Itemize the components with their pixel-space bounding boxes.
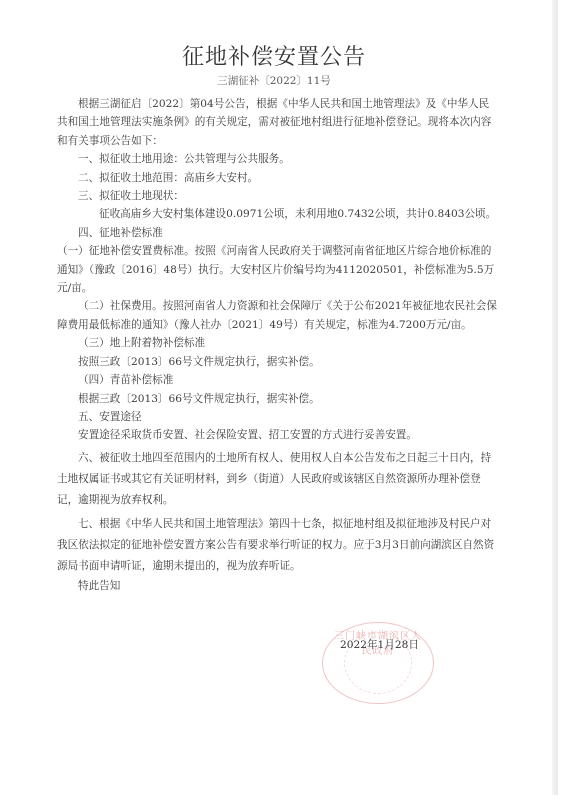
section-5: 五、安置途径 xyxy=(57,408,497,426)
section-1: 一、拟征收土地用途：公共管理与公共服务。 xyxy=(57,150,497,168)
closing-text: 特此告知 xyxy=(57,577,497,595)
section-4-1: （一）征地补偿安置费标准。按照《河南省人民政府关于调整河南省征地区片综合地价标准… xyxy=(57,242,497,297)
section-2: 二、拟征收土地范围：高庙乡大安村。 xyxy=(57,169,497,187)
section-4-4-detail: 根据三政〔2013〕66号文件规定执行，据实补偿。 xyxy=(57,390,497,408)
section-4-3-detail: 按照三政〔2013〕66号文件规定执行，据实补偿。 xyxy=(57,353,497,371)
intro-paragraph: 根据三湖征启〔2022〕第04号公告，根据《中华人民共和国土地管理法》及《中华人… xyxy=(57,95,497,150)
section-4: 四、征地补偿标准 xyxy=(57,224,497,242)
section-3-detail: 征收高庙乡大安村集体建设0.0971公顷，未利用地0.7432公顷，共计0.84… xyxy=(57,205,497,223)
section-5-detail: 安置途径采取货币安置、社会保险安置、招工安置的方式进行妥善安置。 xyxy=(57,426,497,444)
section-7: 七、根据《中华人民共和国土地管理法》第四十七条，拟征地村组及拟征地涉及村民户对我… xyxy=(57,514,497,577)
document-body: 根据三湖征启〔2022〕第04号公告，根据《中华人民共和国土地管理法》及《中华人… xyxy=(57,95,497,595)
page-edge xyxy=(552,0,558,795)
section-4-4: （四）青苗补偿标准 xyxy=(57,371,497,389)
document-number: 三湖征补〔2022〕11号 xyxy=(0,73,548,88)
section-4-3: （三）地上附着物补偿标准 xyxy=(57,334,497,352)
section-6: 六、被征收土地四至范围内的土地所有权人、使用权人自本公告发布之日起三十日内，持土… xyxy=(57,448,497,511)
section-3: 三、拟征收土地现状： xyxy=(57,187,497,205)
document-date: 2022年1月28日 xyxy=(340,637,419,652)
document-title: 征地补偿安置公告 xyxy=(0,40,548,71)
section-4-2: （二）社保费用。按照河南省人力资源和社会保障厅《关于公布2021年被征地农民社会… xyxy=(57,297,497,334)
document-page: 征地补偿安置公告 三湖征补〔2022〕11号 根据三湖征启〔2022〕第04号公… xyxy=(0,0,548,795)
